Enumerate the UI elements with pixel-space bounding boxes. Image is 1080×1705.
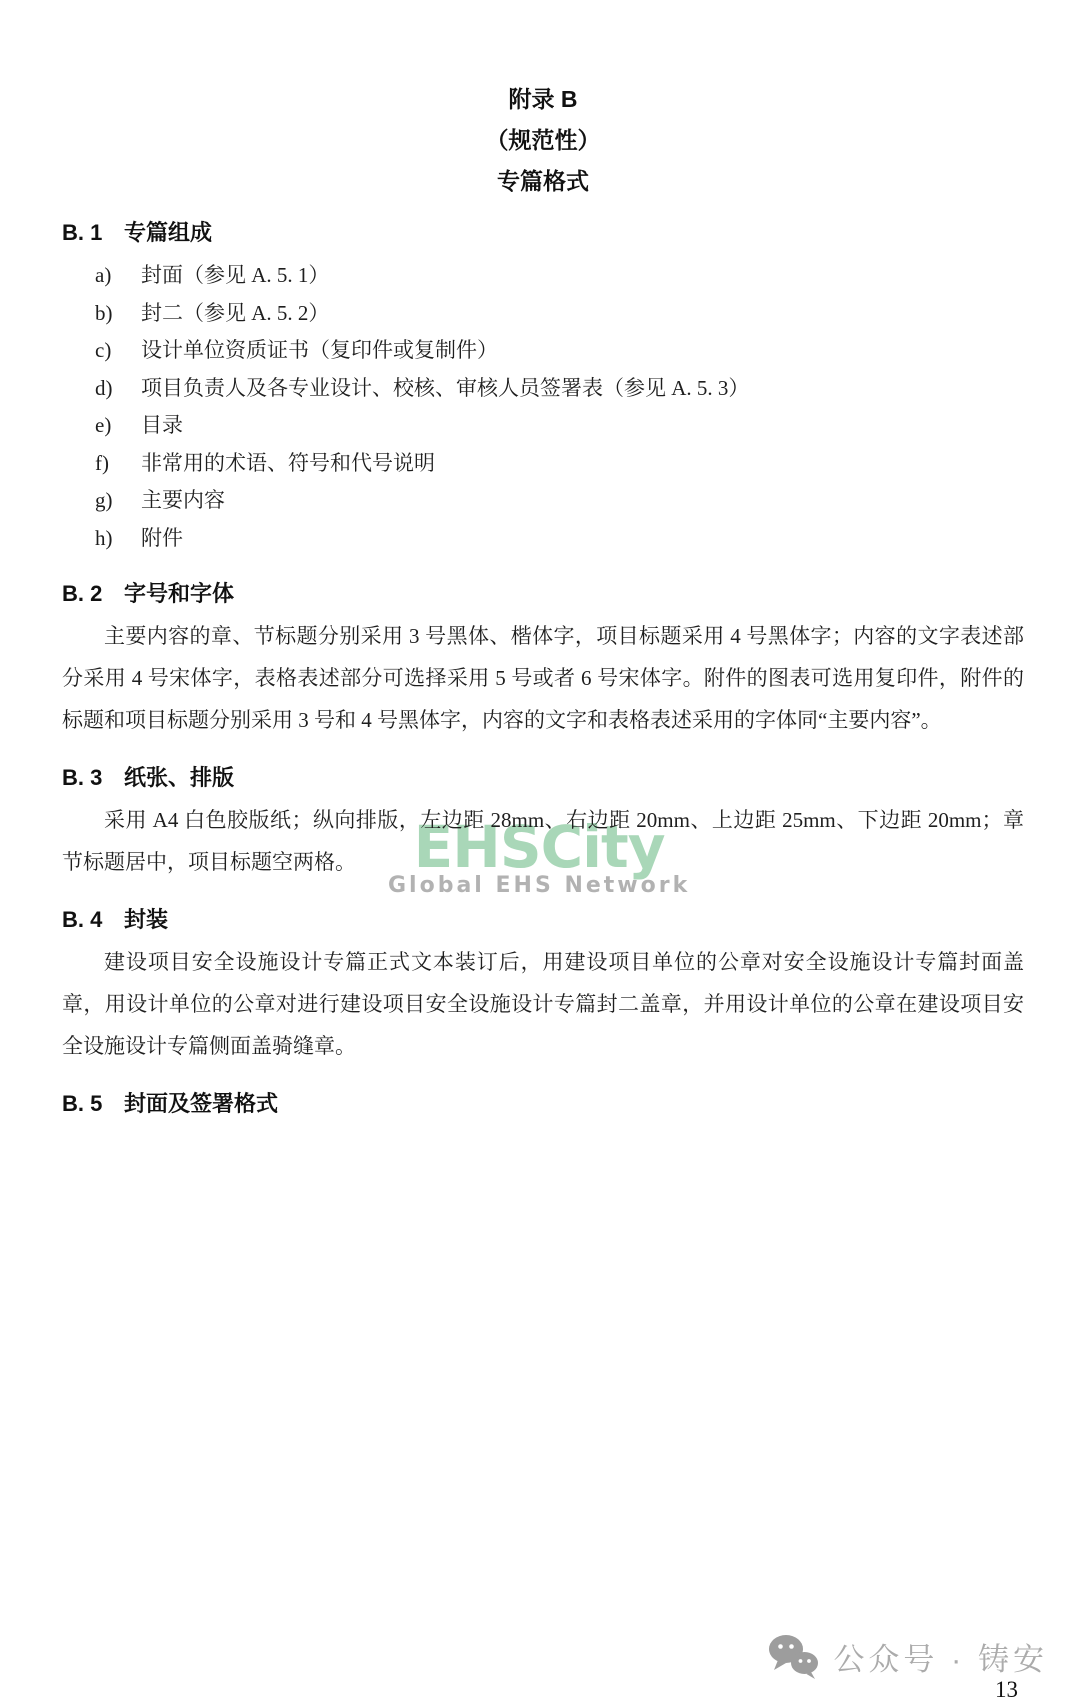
wechat-footer-badge: 公众号 · 铸安 xyxy=(767,1633,1048,1679)
list-item-marker: f) xyxy=(95,445,141,483)
list-item-marker: c) xyxy=(95,332,141,370)
list-item-text: 主要内容 xyxy=(141,482,225,520)
section-b4-number: B. 4 xyxy=(62,905,124,935)
section-b3-heading: B. 3 纸张、排版 xyxy=(62,763,1024,793)
appendix-title-block: 附录 B （规范性） 专篇格式 xyxy=(62,84,1024,196)
section-b1: B. 1 专篇组成 a) 封面（参见 A. 5. 1） b) 封二（参见 A. … xyxy=(62,218,1024,557)
section-b5: B. 5 封面及签署格式 xyxy=(62,1089,1024,1119)
section-b3-paragraph: 采用 A4 白色胶版纸；纵向排版，左边距 28mm、右边距 20mm、上边距 2… xyxy=(62,799,1024,883)
section-b2-paragraph: 主要内容的章、节标题分别采用 3 号黑体、楷体字，项目标题采用 4 号黑体字；内… xyxy=(62,615,1024,741)
section-b1-list: a) 封面（参见 A. 5. 1） b) 封二（参见 A. 5. 2） c) 设… xyxy=(62,257,1024,557)
appendix-subject: 专篇格式 xyxy=(62,166,1024,196)
section-b3: B. 3 纸张、排版 采用 A4 白色胶版纸；纵向排版，左边距 28mm、右边距… xyxy=(62,763,1024,883)
wechat-account-label: 公众号 · 铸安 xyxy=(833,1634,1048,1679)
document-page: EHSCity Global EHS Network 附录 B （规范性） 专篇… xyxy=(0,0,1080,1705)
list-item-marker: b) xyxy=(95,295,141,333)
list-item: b) 封二（参见 A. 5. 2） xyxy=(62,295,1024,333)
section-b1-title: 专篇组成 xyxy=(124,218,212,248)
appendix-normative-label: （规范性） xyxy=(62,125,1024,155)
section-b1-heading: B. 1 专篇组成 xyxy=(62,218,1024,248)
list-item: c) 设计单位资质证书（复印件或复制件） xyxy=(62,332,1024,370)
list-item: h) 附件 xyxy=(62,520,1024,558)
list-item-marker: a) xyxy=(95,257,141,295)
list-item: d) 项目负责人及各专业设计、校核、审核人员签署表（参见 A. 5. 3） xyxy=(62,370,1024,408)
list-item-marker: g) xyxy=(95,482,141,520)
list-item-text: 目录 xyxy=(141,407,183,445)
section-b2-heading: B. 2 字号和字体 xyxy=(62,579,1024,609)
section-b5-number: B. 5 xyxy=(62,1089,124,1119)
section-b2-number: B. 2 xyxy=(62,579,124,609)
list-item-text: 封面（参见 A. 5. 1） xyxy=(141,257,329,295)
wechat-icon xyxy=(767,1633,819,1679)
list-item: e) 目录 xyxy=(62,407,1024,445)
section-b4-heading: B. 4 封装 xyxy=(62,905,1024,935)
appendix-title: 附录 B xyxy=(62,84,1024,114)
list-item: g) 主要内容 xyxy=(62,482,1024,520)
list-item-text: 项目负责人及各专业设计、校核、审核人员签署表（参见 A. 5. 3） xyxy=(141,370,749,408)
section-b2: B. 2 字号和字体 主要内容的章、节标题分别采用 3 号黑体、楷体字，项目标题… xyxy=(62,579,1024,741)
section-b1-number: B. 1 xyxy=(62,218,124,248)
section-b2-title: 字号和字体 xyxy=(124,579,234,609)
page-number: 13 xyxy=(995,1677,1018,1703)
section-b3-title: 纸张、排版 xyxy=(124,763,234,793)
list-item-text: 封二（参见 A. 5. 2） xyxy=(141,295,329,333)
list-item: f) 非常用的术语、符号和代号说明 xyxy=(62,445,1024,483)
section-b4-paragraph: 建设项目安全设施设计专篇正式文本装订后，用建设项目单位的公章对安全设施设计专篇封… xyxy=(62,941,1024,1067)
list-item-text: 非常用的术语、符号和代号说明 xyxy=(141,445,435,483)
list-item-marker: e) xyxy=(95,407,141,445)
section-b4: B. 4 封装 建设项目安全设施设计专篇正式文本装订后，用建设项目单位的公章对安… xyxy=(62,905,1024,1067)
section-b3-number: B. 3 xyxy=(62,763,124,793)
document-content: 附录 B （规范性） 专篇格式 B. 1 专篇组成 a) 封面（参见 A. 5.… xyxy=(62,84,1024,1119)
section-b5-heading: B. 5 封面及签署格式 xyxy=(62,1089,1024,1119)
section-b4-title: 封装 xyxy=(124,905,168,935)
list-item-text: 附件 xyxy=(141,520,183,558)
list-item-marker: h) xyxy=(95,520,141,558)
list-item: a) 封面（参见 A. 5. 1） xyxy=(62,257,1024,295)
section-b5-title: 封面及签署格式 xyxy=(124,1089,278,1119)
list-item-marker: d) xyxy=(95,370,141,408)
list-item-text: 设计单位资质证书（复印件或复制件） xyxy=(141,332,498,370)
